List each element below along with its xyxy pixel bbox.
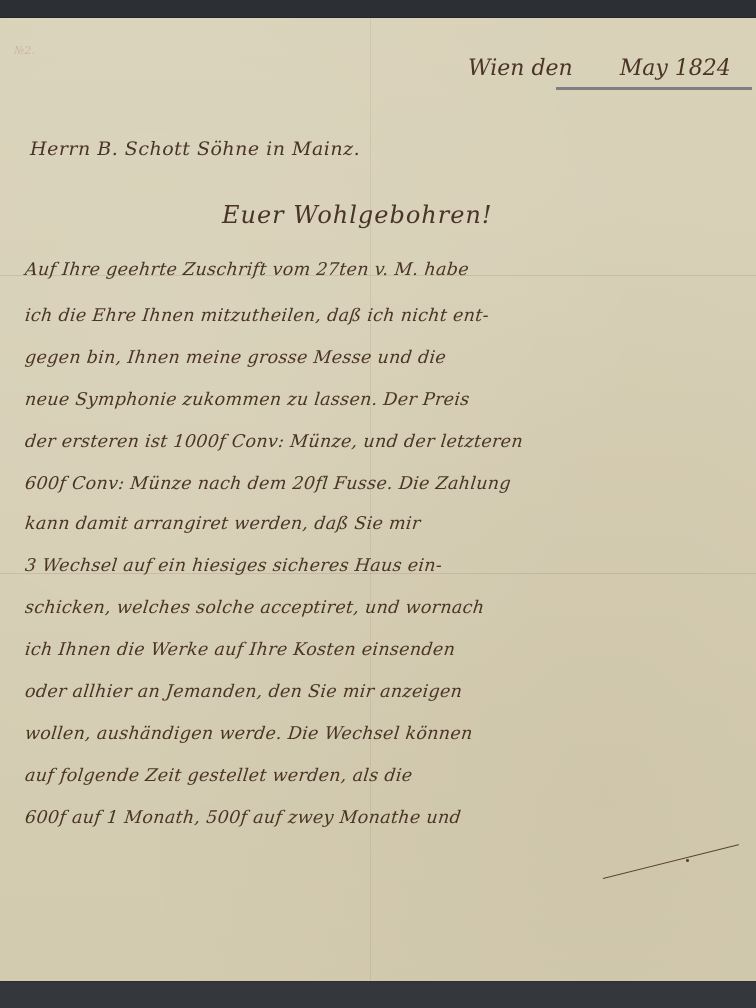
body-line: 600f Conv: Münze nach dem 20fl Fusse. Di… — [24, 474, 512, 494]
letter-paper: №2. Wien den May 1824 Herrn B. Schott Sö… — [0, 18, 756, 981]
body-line: kann damit arrangiret werden, daß Sie mi… — [24, 514, 422, 534]
folio-number: №2. — [14, 44, 35, 57]
continuation-dot — [686, 859, 689, 862]
continuation-stroke — [603, 844, 739, 879]
body-line: neue Symphonie zukommen zu lassen. Der P… — [24, 390, 471, 410]
body-line: ich die Ehre Ihnen mitzutheilen, daß ich… — [24, 306, 490, 326]
body-line: Auf Ihre geehrte Zuschrift vom 27ten v. … — [24, 260, 470, 280]
paper-fold-line — [370, 18, 371, 981]
body-line: schicken, welches solche acceptiret, und… — [24, 598, 485, 618]
scanned-page: №2. Wien den May 1824 Herrn B. Schott Sö… — [0, 0, 756, 1008]
salutation: Euer Wohlgebohren! — [222, 201, 493, 229]
recipient-address: Herrn B. Schott Söhne in Mainz. — [30, 138, 360, 160]
dateline-date: May 1824 — [620, 56, 731, 81]
dateline-place: Wien den — [468, 56, 573, 81]
body-line: auf folgende Zeit gestellet werden, als … — [24, 766, 413, 786]
body-line: 3 Wechsel auf ein hiesiges sicheres Haus… — [24, 556, 443, 576]
dateline: Wien den May 1824 — [468, 56, 731, 81]
body-line: gegen bin, Ihnen meine grosse Messe und … — [24, 348, 447, 368]
body-line: ich Ihnen die Werke auf Ihre Kosten eins… — [24, 640, 456, 660]
body-line: der ersteren ist 1000f Conv: Münze, und … — [24, 432, 524, 452]
body-line: 600f auf 1 Monath, 500f auf zwey Monathe… — [24, 808, 462, 828]
body-line: oder allhier an Jemanden, den Sie mir an… — [24, 682, 463, 702]
date-underline — [556, 87, 752, 90]
body-line: wollen, aushändigen werde. Die Wechsel k… — [24, 724, 474, 744]
